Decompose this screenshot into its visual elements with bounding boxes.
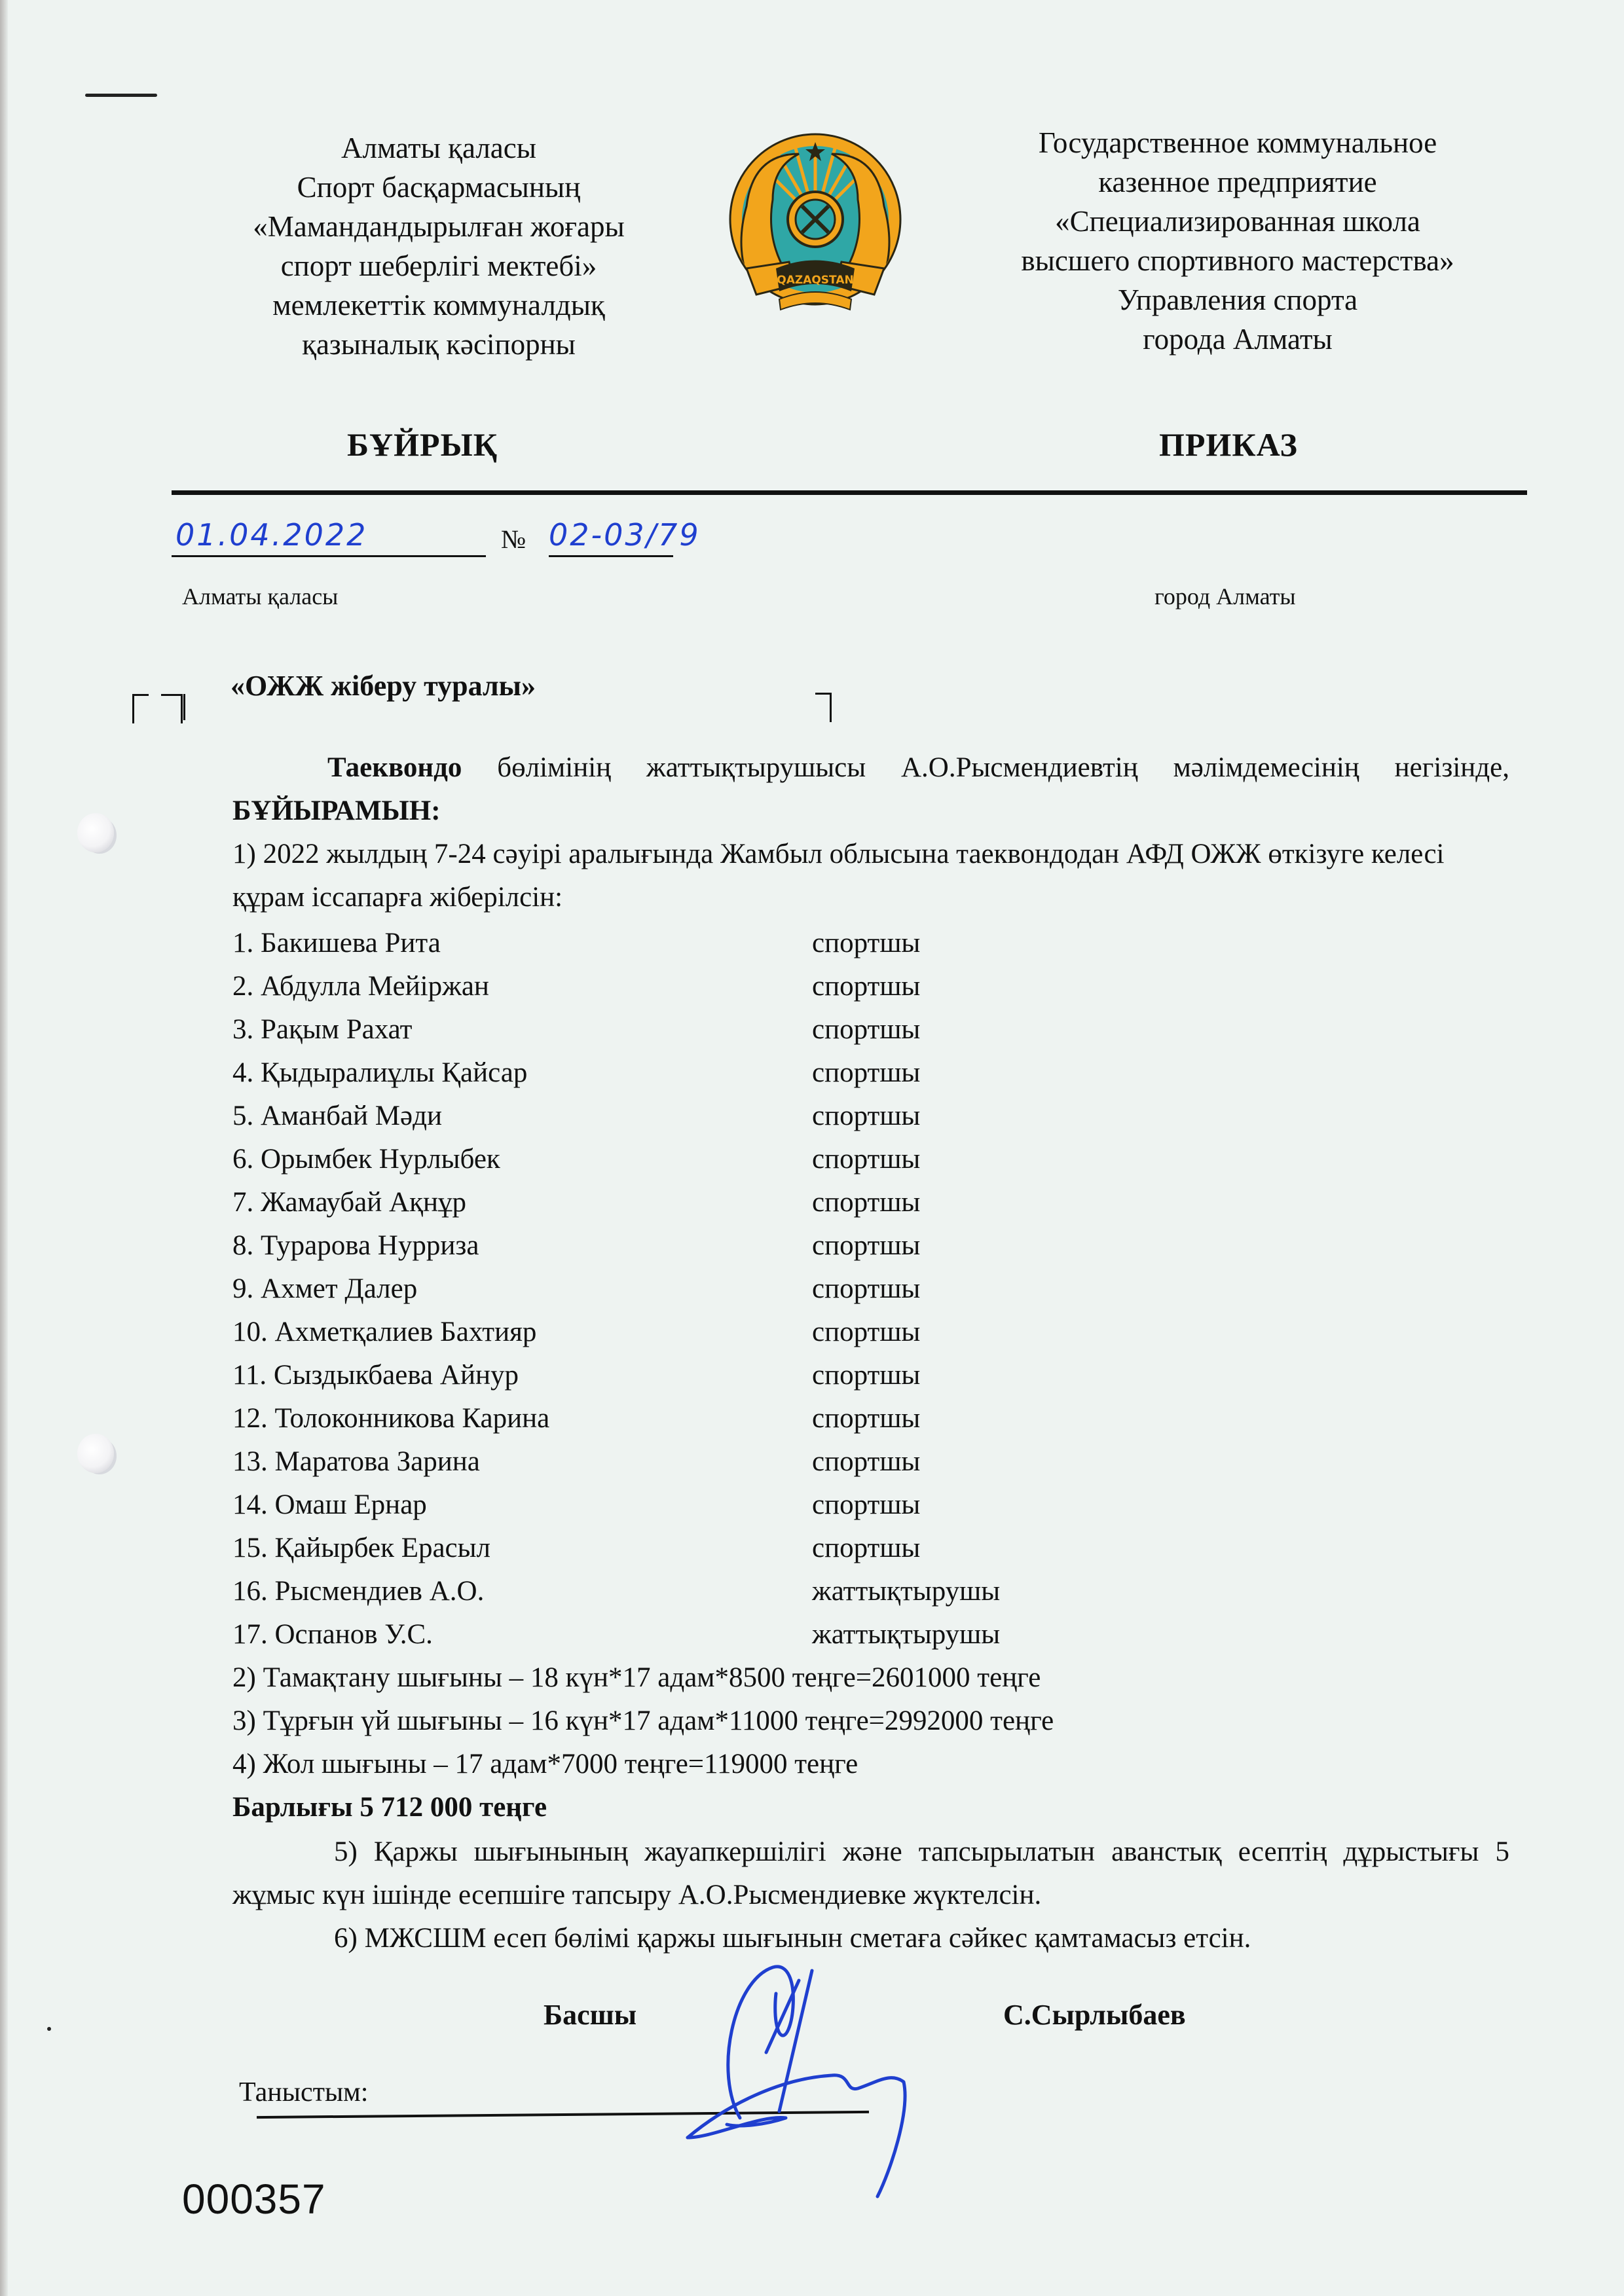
intro-text: бөлімінің жаттықтырушысы А.О.Рысмендиевт… [462,752,1509,783]
member-name: 8. Турарова Нурриза [232,1224,479,1267]
member-role: спортшы [812,1440,920,1484]
order-verb: БҰЙЫРАМЫН: [232,795,441,826]
org-line: «Мамандандырылған жоғары [190,207,688,246]
intro-paragraph: Таеквондо бөлімінің жаттықтырушысы А.О.Р… [232,746,1509,833]
order-subject: «ОЖЖ жіберу туралы» [231,669,536,702]
member-role: спортшы [812,1051,920,1095]
member-row: 17. Оспанов У.С.жаттықтырушы [232,1613,1215,1656]
document-title-ru: ПРИКАЗ [1159,426,1298,464]
member-name: 15. Қайырбек Ерасыл [232,1527,490,1570]
serial-number: 000357 [182,2175,326,2223]
margin-mark [85,94,157,97]
member-row: 7. Жамаубай Ақнұрспортшы [232,1181,1215,1224]
corner-mark [815,693,832,722]
member-name: 7. Жамаубай Ақнұр [232,1181,466,1224]
member-name: 11. Сыздыкбаева Айнур [232,1354,519,1397]
member-row: 8. Турарова Нурризаспортшы [232,1224,1215,1267]
member-row: 3. Рақым Рахатспортшы [232,1008,1215,1051]
member-row: 4. Қыдыралиұлы Қайсарспортшы [232,1051,1215,1095]
scan-speck [47,2027,51,2031]
member-name: 2. Абдулла Мейіржан [232,965,489,1008]
org-line: Государственное коммунальное [963,123,1513,162]
member-name: 6. Орымбек Нурлыбек [232,1138,500,1181]
member-role: спортшы [812,1095,920,1138]
member-row: 2. Абдулла Мейіржанспортшы [232,965,1215,1008]
org-line: казенное предприятие [963,162,1513,202]
handwritten-signature [616,1954,1074,2203]
member-name: 13. Маратова Зарина [232,1440,480,1484]
cost-food: 2) Тамақтану шығыны – 18 күн*17 адам*850… [232,1656,1054,1700]
punch-hole [77,1434,114,1473]
member-row: 5. Аманбай Мәдиспортшы [232,1095,1215,1138]
org-line: города Алматы [963,319,1513,359]
org-name-kz: Алматы қаласы Спорт басқармасының «Маман… [190,128,688,364]
org-line: «Специализированная школа [963,202,1513,241]
member-row: 11. Сыздыкбаева Айнурспортшы [232,1354,1215,1397]
org-line: Управления спорта [963,280,1513,319]
org-name-ru: Государственное коммунальное казенное пр… [963,123,1513,359]
member-name: 10. Ахметқалиев Бахтияр [232,1311,536,1354]
member-row: 14. Омаш Ернарспортшы [232,1484,1215,1527]
number-sign: № [501,524,526,555]
corner-mark [183,694,200,720]
city-ru: город Алматы [1154,583,1296,610]
member-row: 9. Ахмет Далерспортшы [232,1267,1215,1311]
member-name: 5. Аманбай Мәди [232,1095,442,1138]
member-role: спортшы [812,1181,920,1224]
org-line: спорт шеберлігі мектебі» [190,246,688,285]
member-row: 10. Ахметқалиев Бахтиярспортшы [232,1311,1215,1354]
number-underline [549,555,673,557]
member-role: спортшы [812,922,920,965]
emblem-caption: QAZAQSTAN [777,274,853,287]
costs-block: 2) Тамақтану шығыны – 18 күн*17 адам*850… [232,1656,1054,1829]
intro-lead: Таеквондо [327,752,462,783]
org-line: қазыналық кәсіпорны [190,325,688,364]
cost-housing: 3) Тұрғын үй шығыны – 16 күн*17 адам*110… [232,1700,1054,1743]
corner-mark [132,694,149,723]
member-role: спортшы [812,1224,920,1267]
punch-hole [77,813,114,852]
member-name: 3. Рақым Рахат [232,1008,412,1051]
members-list: 1. Бакишева Ритаспортшы2. Абдулла Мейірж… [232,922,1215,1656]
order-date: 01.04.2022 [175,517,367,553]
member-role: спортшы [812,1138,920,1181]
member-row: 13. Маратова Заринаспортшы [232,1440,1215,1484]
org-line: высшего спортивного мастерства» [963,241,1513,280]
member-name: 4. Қыдыралиұлы Қайсар [232,1051,527,1095]
member-role: спортшы [812,1527,920,1570]
document-title-kz: БҰЙРЫҚ [347,426,498,464]
order-number: 02-03/79 [549,517,701,553]
date-underline [172,555,486,557]
member-role: спортшы [812,1397,920,1440]
member-name: 1. Бакишева Рита [232,922,441,965]
scan-page-edge [0,0,8,2296]
member-role: спортшы [812,1484,920,1527]
member-name: 16. Рысмендиев А.О. [232,1570,484,1613]
member-name: 9. Ахмет Далер [232,1267,417,1311]
member-role: спортшы [812,1267,920,1311]
header-divider [172,490,1527,495]
member-name: 14. Омаш Ернар [232,1484,427,1527]
member-name: 17. Оспанов У.С. [232,1613,433,1656]
corner-mark [161,694,183,723]
item-5: 5) Қаржы шығынының жауапкершілігі және т… [232,1831,1509,1917]
member-row: 12. Толоконникова Каринаспортшы [232,1397,1215,1440]
member-name: 12. Толоконникова Карина [232,1397,549,1440]
member-role: спортшы [812,965,920,1008]
member-role: спортшы [812,1311,920,1354]
member-row: 16. Рысмендиев А.О.жаттықтырушы [232,1570,1215,1613]
member-role: жаттықтырушы [812,1570,1000,1613]
org-line: Алматы қаласы [190,128,688,168]
member-role: жаттықтырушы [812,1613,1000,1656]
org-line: мемлекеттік коммуналдық [190,285,688,325]
kazakhstan-emblem-icon: QAZAQSTAN [727,128,904,324]
member-role: спортшы [812,1008,920,1051]
org-line: Спорт басқармасының [190,168,688,207]
cost-travel: 4) Жол шығыны – 17 адам*7000 теңге=11900… [232,1743,1054,1786]
cost-total: Барлығы 5 712 000 теңге [232,1786,1054,1829]
acknowledged-label: Таныстым: [239,2077,368,2108]
member-row: 15. Қайырбек Ерасылспортшы [232,1527,1215,1570]
member-row: 6. Орымбек Нурлыбекспортшы [232,1138,1215,1181]
member-row: 1. Бакишева Ритаспортшы [232,922,1215,965]
city-kz: Алматы қаласы [182,583,338,610]
item-1: 1) 2022 жылдың 7-24 сәуірі аралығында Жа… [232,833,1509,919]
member-role: спортшы [812,1354,920,1397]
